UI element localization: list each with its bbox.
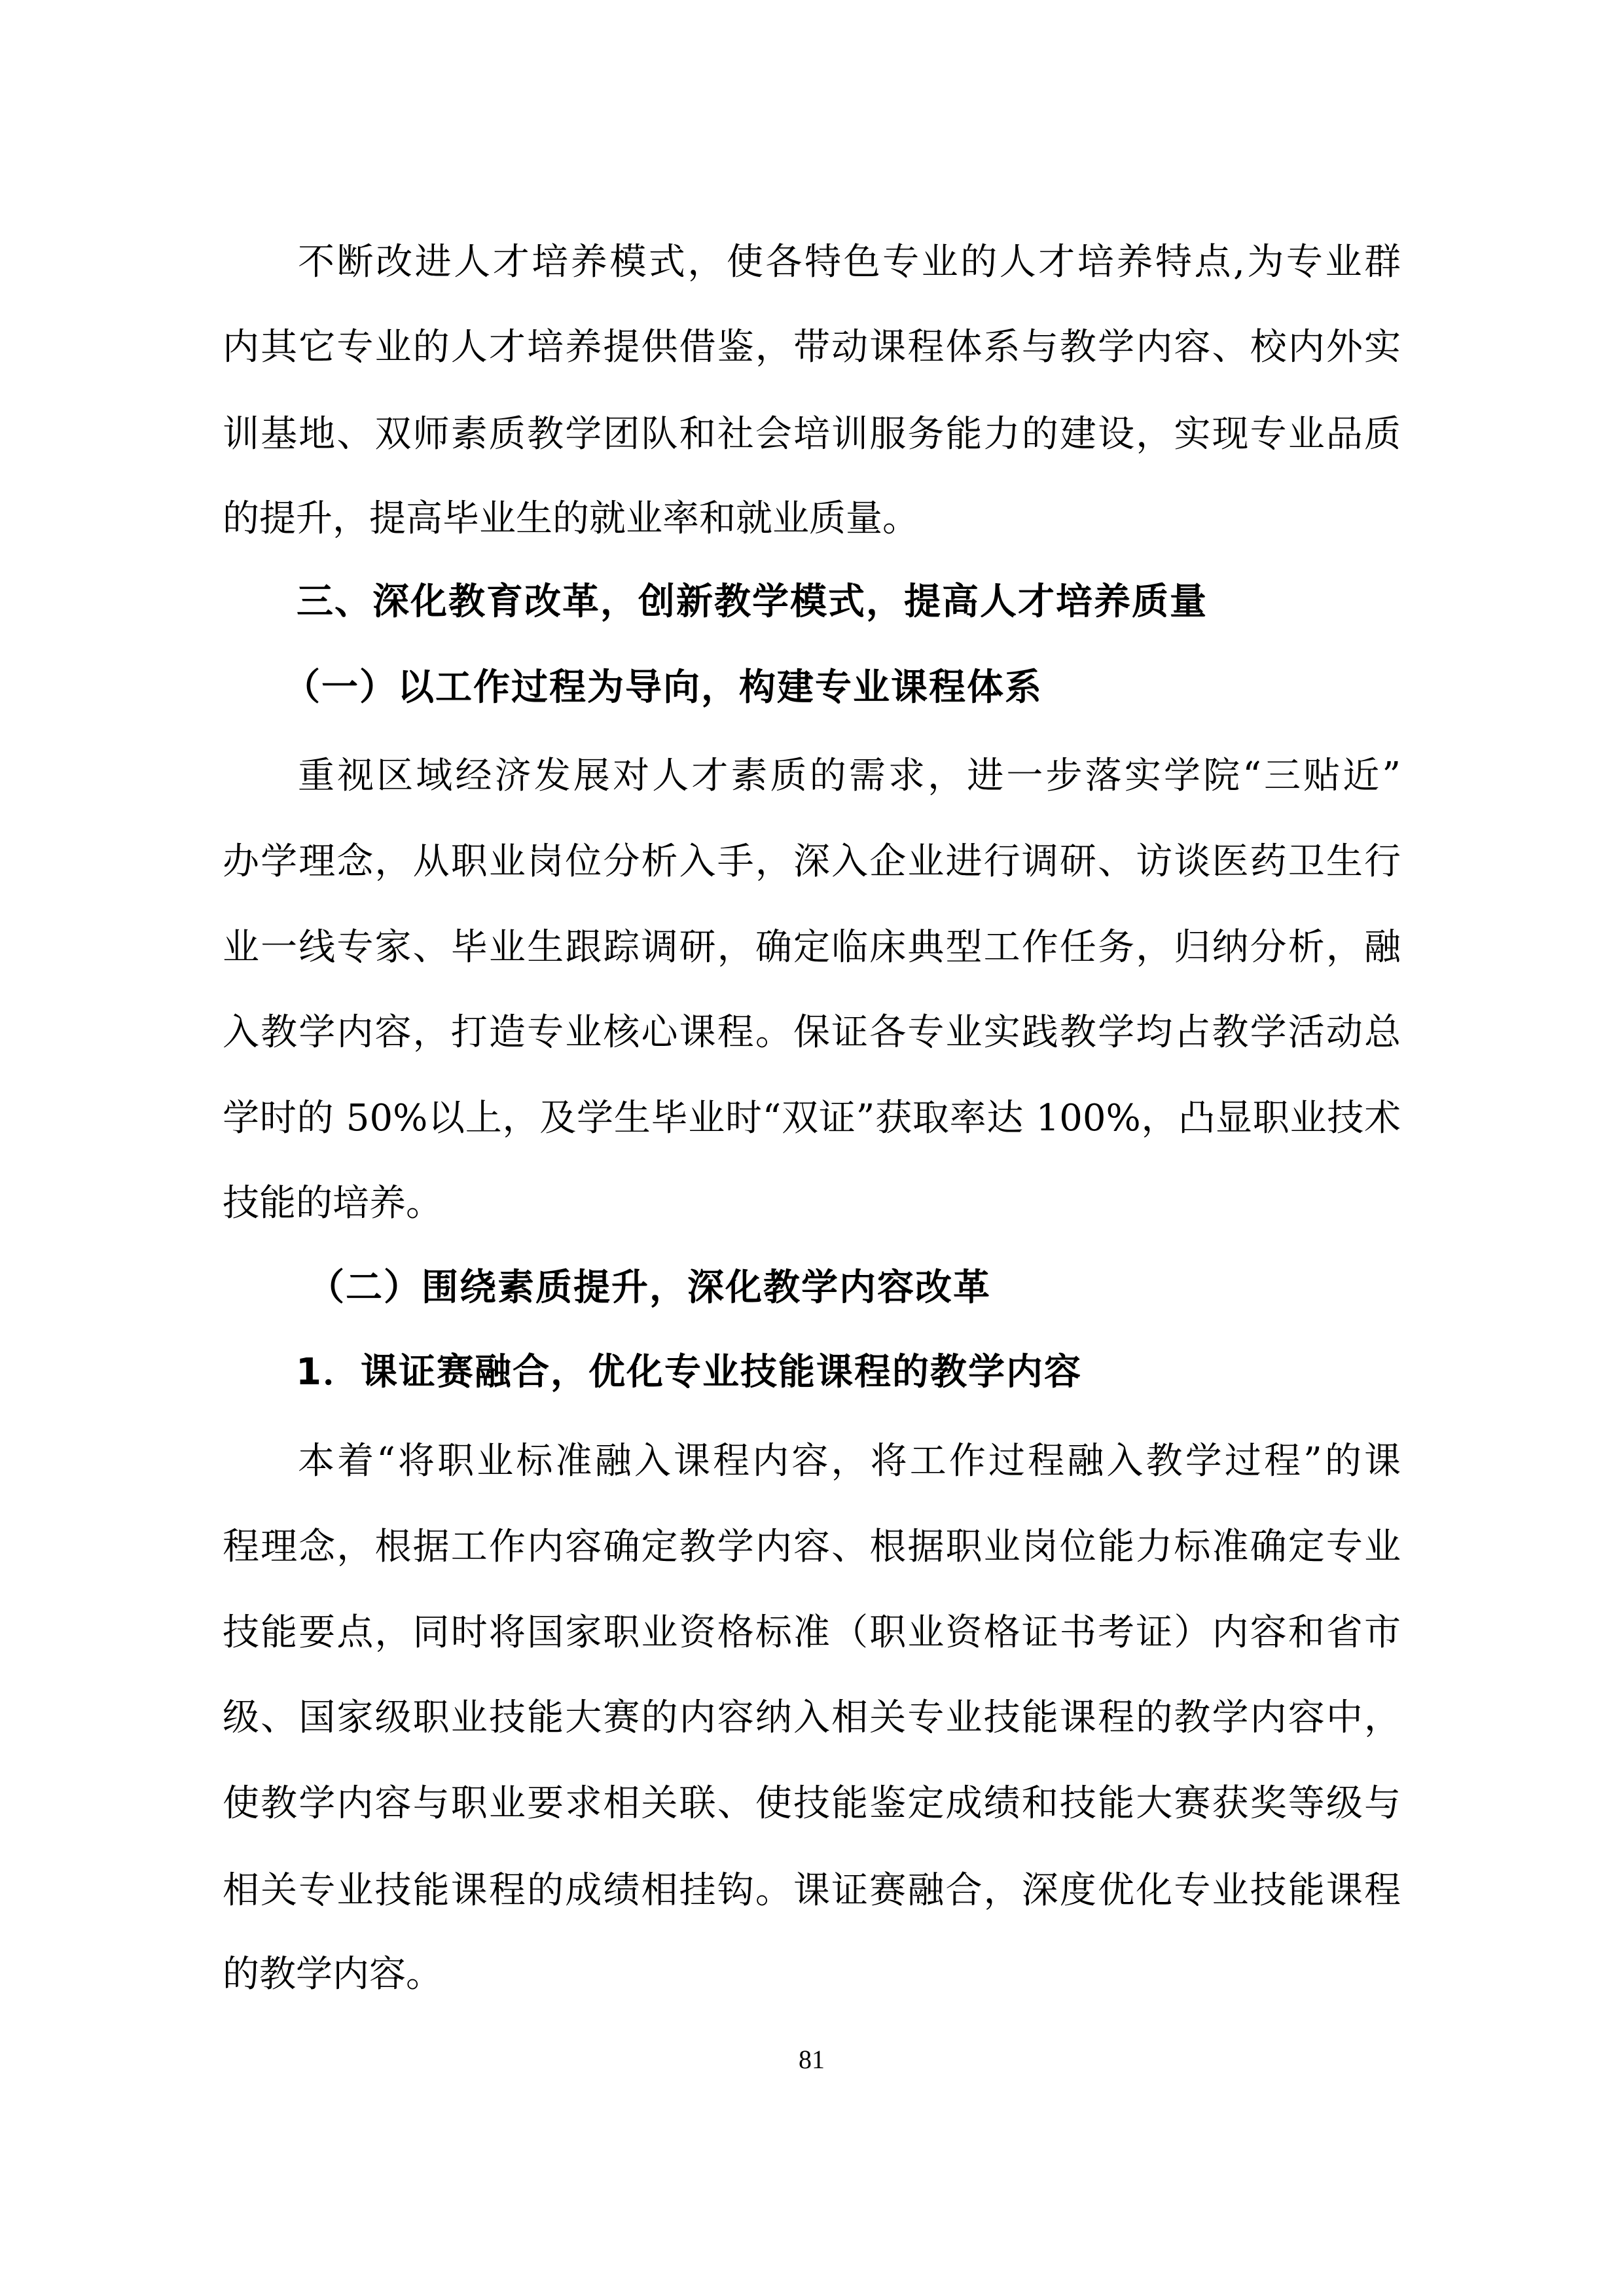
paragraph-3-line-5: 使教学内容与职业要求相关联、使技能鉴定成绩和技能大赛获奖等级与 <box>223 1778 1401 1830</box>
paragraph-1-line-4: 的提升，提高毕业生的就业率和就业质量。 <box>223 493 1401 545</box>
paragraph-2-line-6: 技能的培养。 <box>223 1177 1401 1230</box>
paragraph-1-line-1: 不断改进人才培养模式，使各特色专业的人才培养特点,为专业群 <box>298 236 1401 289</box>
paragraph-2-line-1: 重视区域经济发展对人才素质的需求，进一步落实学院“三贴近” <box>298 750 1401 802</box>
item-1-heading: 1．课证赛融合，优化专业技能课程的教学内容 <box>296 1346 1082 1399</box>
paragraph-3-line-4: 级、国家级职业技能大赛的内容纳入相关专业技能课程的教学内容中， <box>223 1692 1401 1744</box>
section-heading: 三、深化教育改革，创新教学模式，提高人才培养质量 <box>297 576 1208 628</box>
paragraph-2-line-3: 业一线专家、毕业生跟踪调研，确定临床典型工作任务，归纳分析，融 <box>223 922 1401 974</box>
paragraph-3-line-3: 技能要点，同时将国家职业资格标准（职业资格证书考证）内容和省市 <box>223 1607 1401 1659</box>
paragraph-3-line-1: 本着“将职业标准融入课程内容，将工作过程融入教学过程”的课 <box>298 1435 1401 1488</box>
paragraph-2-line-5: 学时的 50%以上，及学生毕业时“双证”获取率达 100%，凸显职业技术 <box>223 1092 1401 1145</box>
paragraph-3-line-2: 程理念，根据工作内容确定教学内容、根据职业岗位能力标准确定专业 <box>223 1521 1401 1573</box>
paragraph-2-line-4: 入教学内容，打造专业核心课程。保证各专业实践教学均占教学活动总 <box>223 1007 1401 1059</box>
paragraph-1-line-2: 内其它专业的人才培养提供借鉴，带动课程体系与教学内容、校内外实 <box>223 321 1401 374</box>
paragraph-1-line-3: 训基地、双师素质教学团队和社会培训服务能力的建设，实现专业品质 <box>223 408 1401 461</box>
paragraph-3-line-7: 的教学内容。 <box>223 1948 1401 2001</box>
document-page: 不断改进人才培养模式，使各特色专业的人才培养特点,为专业群 内其它专业的人才培养… <box>0 0 1624 2296</box>
subsection-2-heading: （二）围绕素质提升，深化教学内容改革 <box>308 1262 991 1314</box>
paragraph-3-line-6: 相关专业技能课程的成绩相挂钩。课证赛融合，深度优化专业技能课程 <box>223 1865 1401 1917</box>
page-number: 81 <box>779 2043 844 2076</box>
subsection-1-heading: （一）以工作过程为导向，构建专业课程体系 <box>283 662 1043 714</box>
paragraph-2-line-2: 办学理念，从职业岗位分析入手，深入企业进行调研、访谈医药卫生行 <box>223 836 1401 888</box>
